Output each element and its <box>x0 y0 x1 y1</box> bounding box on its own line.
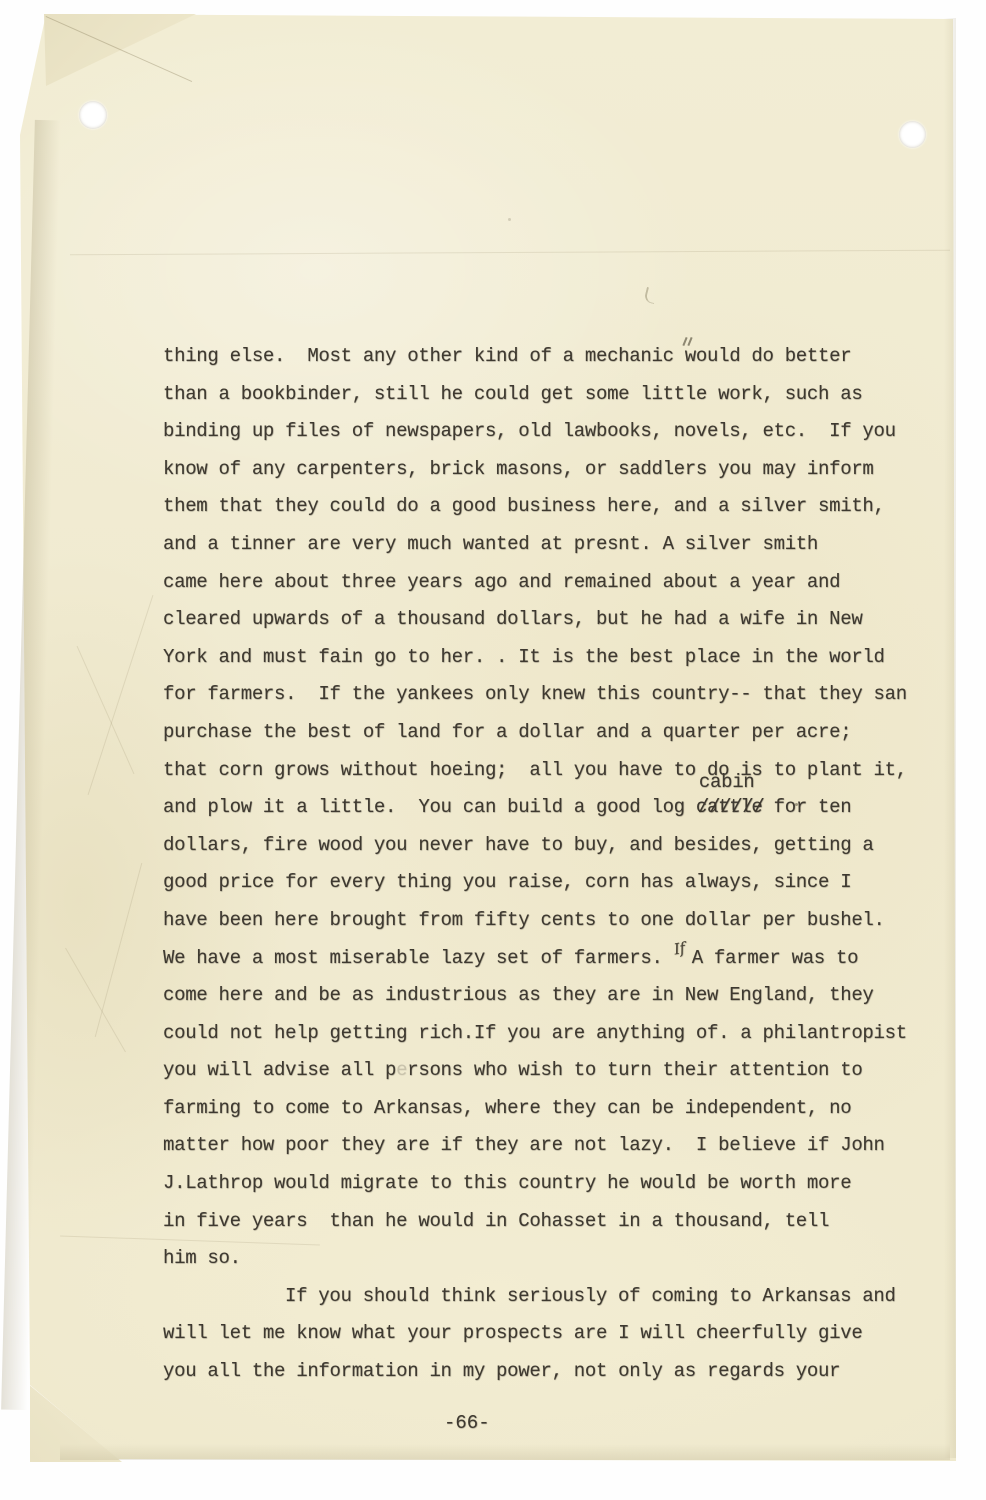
typed-text-segment: matter how poor they are if they are not… <box>163 1134 885 1156</box>
punch-hole-right <box>899 121 926 148</box>
typed-text-segment: and a tinner are very much wanted at pre… <box>163 533 818 555</box>
typed-text-segment: We have a most miserable lazy set of far… <box>163 947 674 969</box>
typed-text-segment: came here about three years ago and rema… <box>163 571 840 593</box>
typed-line: will let me know what your prospects are… <box>163 1315 953 1353</box>
typed-text-segment: you all the information in my power, not… <box>163 1360 840 1382</box>
typed-text-segment: and plow it a little. You can build a go… <box>163 796 696 818</box>
typed-text-segment: come here and be as industrious as they … <box>163 984 874 1006</box>
typed-line: and a tinner are very much wanted at pre… <box>163 526 953 564</box>
typed-line: and plow it a little. You can build a go… <box>163 789 953 827</box>
typed-text-segment: farming to come to Arkansas, where they … <box>163 1097 851 1119</box>
typed-text-segment: him so. <box>163 1247 241 1269</box>
typed-text-segment: purchase the best of land for a dollar a… <box>163 721 851 743</box>
typed-line: If you should think seriously of coming … <box>163 1278 953 1316</box>
typed-line: came here about three years ago and rema… <box>163 564 953 602</box>
typed-line: good price for every thing you raise, co… <box>163 864 953 902</box>
typed-text-segment: in five years than he would in Cohasset … <box>163 1210 829 1232</box>
typed-text-segment: binding up files of newspapers, old lawb… <box>163 420 896 442</box>
scanned-page: thing else. Most any other kind of a mec… <box>0 0 986 1500</box>
typed-text-segment: could not help getting rich.If you are a… <box>163 1022 907 1044</box>
typed-text-segment: you will advise all p <box>163 1059 396 1081</box>
typed-line: York and must fain go to her. . It is th… <box>163 639 953 677</box>
faded-character: e <box>396 1059 407 1081</box>
typed-text-segment: A farmer was to <box>692 947 859 969</box>
ink-speck <box>508 218 511 221</box>
typed-line: come here and be as industrious as they … <box>163 977 953 1015</box>
typed-line: matter how poor they are if they are not… <box>163 1127 953 1165</box>
typed-text-segment: that corn grows without hoeing; all you … <box>163 759 907 781</box>
page-number: -66- <box>444 1412 490 1434</box>
typed-text-segment: than a bookbinder, still he could get so… <box>163 383 862 405</box>
typed-line: could not help getting rich.If you are a… <box>163 1015 953 1053</box>
typed-text-segment: them that they could do a good business … <box>163 495 885 517</box>
typed-text-segment: good price for every thing you raise, co… <box>163 871 851 893</box>
typed-text-segment: for farmers. If the yankees only knew th… <box>163 683 907 705</box>
typed-text-segment: thing else. Most any other kind of a mec… <box>163 345 851 367</box>
typed-text-segment: York and must fain go to her. . It is th… <box>163 646 885 668</box>
typed-line: binding up files of newspapers, old lawb… <box>163 413 953 451</box>
typed-line: know of any carpenters, brick masons, or… <box>163 451 953 489</box>
typed-line: We have a most miserable lazy set of far… <box>163 940 953 978</box>
typed-line: for farmers. If the yankees only knew th… <box>163 676 953 714</box>
typed-lines: thing else. Most any other kind of a mec… <box>163 338 953 1391</box>
punch-hole-left <box>79 101 107 129</box>
typed-line: J.Lathrop would migrate to this country … <box>163 1165 953 1203</box>
typed-line: thing else. Most any other kind of a mec… <box>163 338 953 376</box>
typed-line: farming to come to Arkansas, where they … <box>163 1090 953 1128</box>
typed-text-segment: If you should think seriously of coming … <box>285 1285 896 1307</box>
typed-text-segment: have been here brought from fifty cents … <box>163 909 885 931</box>
typed-line: him so. <box>163 1240 953 1278</box>
typed-line: purchase the best of land for a dollar a… <box>163 714 953 752</box>
typed-text-segment: know of any carpenters, brick masons, or… <box>163 458 874 480</box>
typed-line: you will advise all persons who wish to … <box>163 1052 953 1090</box>
typed-line: you all the information in my power, not… <box>163 1353 953 1391</box>
typed-line: have been here brought from fifty cents … <box>163 902 953 940</box>
typed-text-segment: J.Lathrop would migrate to this country … <box>163 1172 851 1194</box>
typed-text-segment: for ten <box>763 796 852 818</box>
typed-line: in five years than he would in Cohasset … <box>163 1203 953 1241</box>
typed-text-segment: dollars, fire wood you never have to buy… <box>163 834 874 856</box>
typed-line: cleared upwards of a thousand dollars, b… <box>163 601 953 639</box>
typed-text-segment: cleared upwards of a thousand dollars, b… <box>163 608 862 630</box>
typed-text-segment: rsons who wish to turn their attention t… <box>407 1059 862 1081</box>
typed-text-segment: will let me know what your prospects are… <box>163 1322 862 1344</box>
interlinear-correction: cabin <box>699 764 755 802</box>
typed-line: them that they could do a good business … <box>163 488 953 526</box>
typed-line: dollars, fire wood you never have to buy… <box>163 827 953 865</box>
struck-out-word: cattlecabin <box>696 789 763 827</box>
typed-line: that corn grows without hoeing; all you … <box>163 752 953 790</box>
typed-line: than a bookbinder, still he could get so… <box>163 376 953 414</box>
